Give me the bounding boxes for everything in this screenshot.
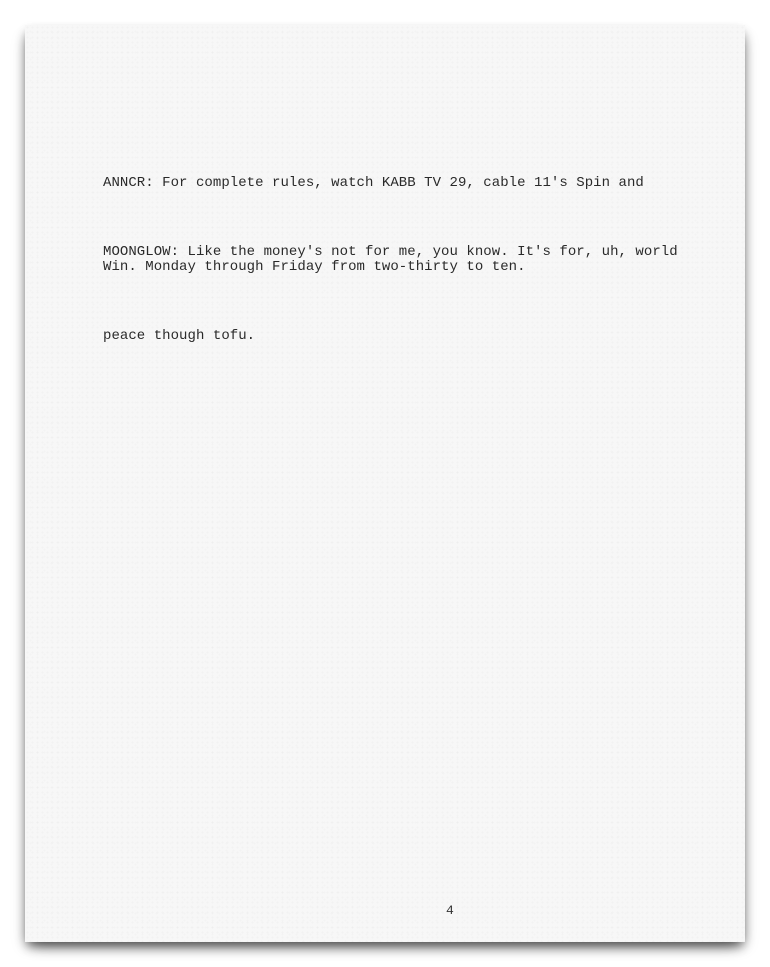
page-number: 4 [446, 903, 454, 918]
document-page: ANNCR: For complete rules, watch KABB TV… [25, 25, 745, 942]
paragraph-line: MOONGLOW: Like the money's not for me, y… [103, 238, 678, 266]
paragraph-moonglow: MOONGLOW: Like the money's not for me, y… [103, 182, 678, 406]
paragraph-line: peace though tofu. [103, 322, 678, 350]
